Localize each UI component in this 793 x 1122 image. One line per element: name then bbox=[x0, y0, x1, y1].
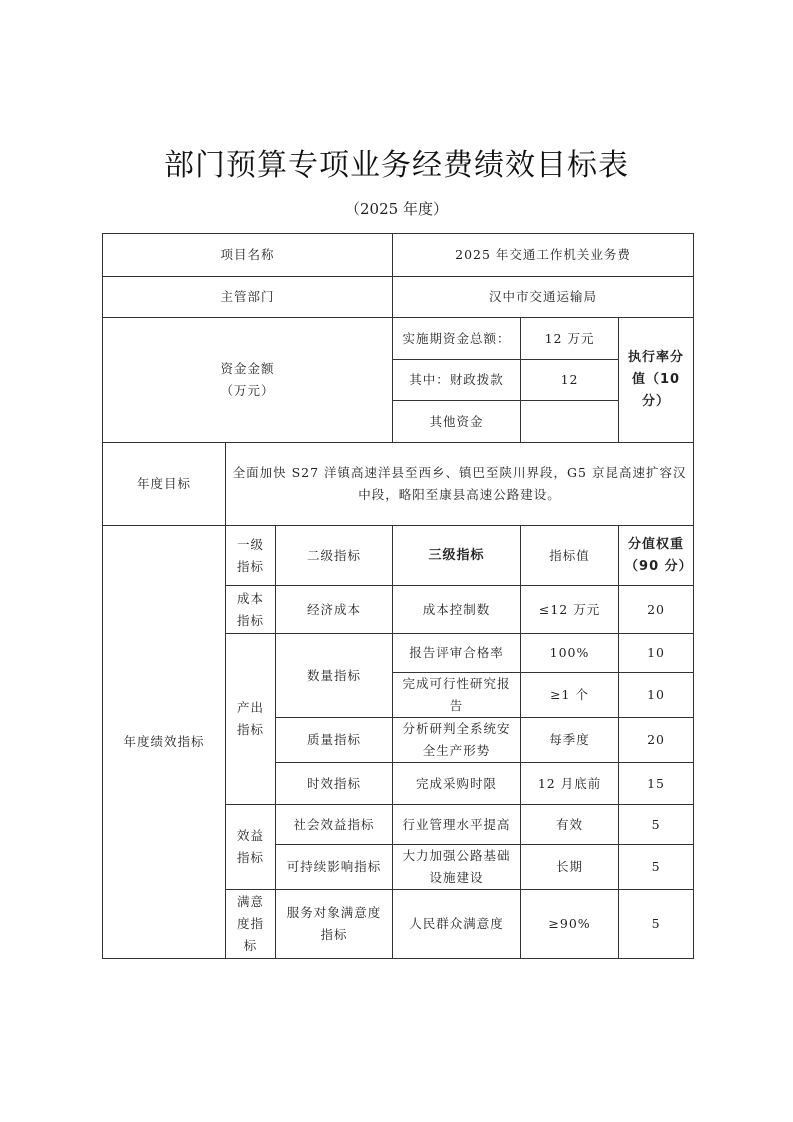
annual-goal-label: 年度目标 bbox=[103, 443, 226, 526]
annual-goal-text: 全面加快 S27 洋镇高速洋县至西乡、镇巴至陕川界段，G5 京昆高速扩容汉中段，… bbox=[226, 443, 694, 526]
header-level2: 二级指标 bbox=[276, 526, 393, 586]
performance-target-table: 项目名称 2025 年交通工作机关业务费 主管部门 汉中市交通运输局 资金金额 … bbox=[102, 233, 694, 959]
row-indicator-headers: 年度绩效指标 一级指标 二级指标 三级指标 指标值 分值权重（90 分） bbox=[103, 526, 694, 586]
row-department: 主管部门 汉中市交通运输局 bbox=[103, 277, 694, 318]
project-name-value: 2025 年交通工作机关业务费 bbox=[393, 234, 694, 277]
execution-rate-score-label: 执行率分值（10 分） bbox=[619, 318, 694, 443]
header-weight: 分值权重（90 分） bbox=[619, 526, 694, 586]
funds-label: 资金金额 （万元） bbox=[103, 318, 393, 443]
level3-cell: 完成可行性研究报告 bbox=[393, 673, 521, 718]
value-cell: ≥1 个 bbox=[521, 673, 619, 718]
value-cell: ≥90% bbox=[521, 890, 619, 959]
funds-other-label: 其他资金 bbox=[393, 401, 521, 443]
weight-cell: 5 bbox=[619, 805, 694, 845]
value-cell: 每季度 bbox=[521, 718, 619, 763]
department-value: 汉中市交通运输局 bbox=[393, 277, 694, 318]
level2-cell: 经济成本 bbox=[276, 586, 393, 634]
funds-fiscal-label: 其中：财政拨款 bbox=[393, 360, 521, 401]
weight-cell: 15 bbox=[619, 763, 694, 805]
value-cell: 长期 bbox=[521, 845, 619, 890]
weight-cell: 5 bbox=[619, 890, 694, 959]
indicators-section-label: 年度绩效指标 bbox=[103, 526, 226, 959]
value-cell: 有效 bbox=[521, 805, 619, 845]
header-value: 指标值 bbox=[521, 526, 619, 586]
page-title: 部门预算专项业务经费绩效目标表 bbox=[0, 140, 793, 184]
level2-cell: 时效指标 bbox=[276, 763, 393, 805]
level2-cell: 可持续影响指标 bbox=[276, 845, 393, 890]
header-level1: 一级指标 bbox=[226, 526, 276, 586]
project-name-label: 项目名称 bbox=[103, 234, 393, 277]
level3-cell: 人民群众满意度 bbox=[393, 890, 521, 959]
funds-total-label: 实施期资金总额： bbox=[393, 318, 521, 360]
weight-cell: 20 bbox=[619, 586, 694, 634]
level1-satisfaction: 满意度指标 bbox=[226, 890, 276, 959]
level3-cell: 报告评审合格率 bbox=[393, 634, 521, 673]
level1-output: 产出指标 bbox=[226, 634, 276, 805]
level2-cell: 社会效益指标 bbox=[276, 805, 393, 845]
level2-cell: 数量指标 bbox=[276, 634, 393, 718]
level3-cell: 成本控制数 bbox=[393, 586, 521, 634]
level1-cost: 成本指标 bbox=[226, 586, 276, 634]
level2-cell: 质量指标 bbox=[276, 718, 393, 763]
weight-cell: 5 bbox=[619, 845, 694, 890]
row-project-name: 项目名称 2025 年交通工作机关业务费 bbox=[103, 234, 694, 277]
row-funds-total: 资金金额 （万元） 实施期资金总额： 12 万元 执行率分值（10 分） bbox=[103, 318, 694, 360]
weight-cell: 10 bbox=[619, 634, 694, 673]
level1-benefit: 效益指标 bbox=[226, 805, 276, 890]
value-cell: ≤12 万元 bbox=[521, 586, 619, 634]
weight-cell: 10 bbox=[619, 673, 694, 718]
row-annual-goal: 年度目标 全面加快 S27 洋镇高速洋县至西乡、镇巴至陕川界段，G5 京昆高速扩… bbox=[103, 443, 694, 526]
page-subtitle-year: （2025 年度） bbox=[0, 198, 793, 219]
level3-cell: 分析研判全系统安全生产形势 bbox=[393, 718, 521, 763]
header-level3: 三级指标 bbox=[393, 526, 521, 586]
value-cell: 100% bbox=[521, 634, 619, 673]
level3-cell: 大力加强公路基础设施建设 bbox=[393, 845, 521, 890]
funds-total-value: 12 万元 bbox=[521, 318, 619, 360]
weight-cell: 20 bbox=[619, 718, 694, 763]
funds-other-value bbox=[521, 401, 619, 443]
value-cell: 12 月底前 bbox=[521, 763, 619, 805]
level2-cell: 服务对象满意度指标 bbox=[276, 890, 393, 959]
funds-label-line1: 资金金额 bbox=[109, 358, 386, 380]
funds-fiscal-value: 12 bbox=[521, 360, 619, 401]
level3-cell: 完成采购时限 bbox=[393, 763, 521, 805]
funds-label-line2: （万元） bbox=[109, 380, 386, 402]
level3-cell: 行业管理水平提高 bbox=[393, 805, 521, 845]
department-label: 主管部门 bbox=[103, 277, 393, 318]
